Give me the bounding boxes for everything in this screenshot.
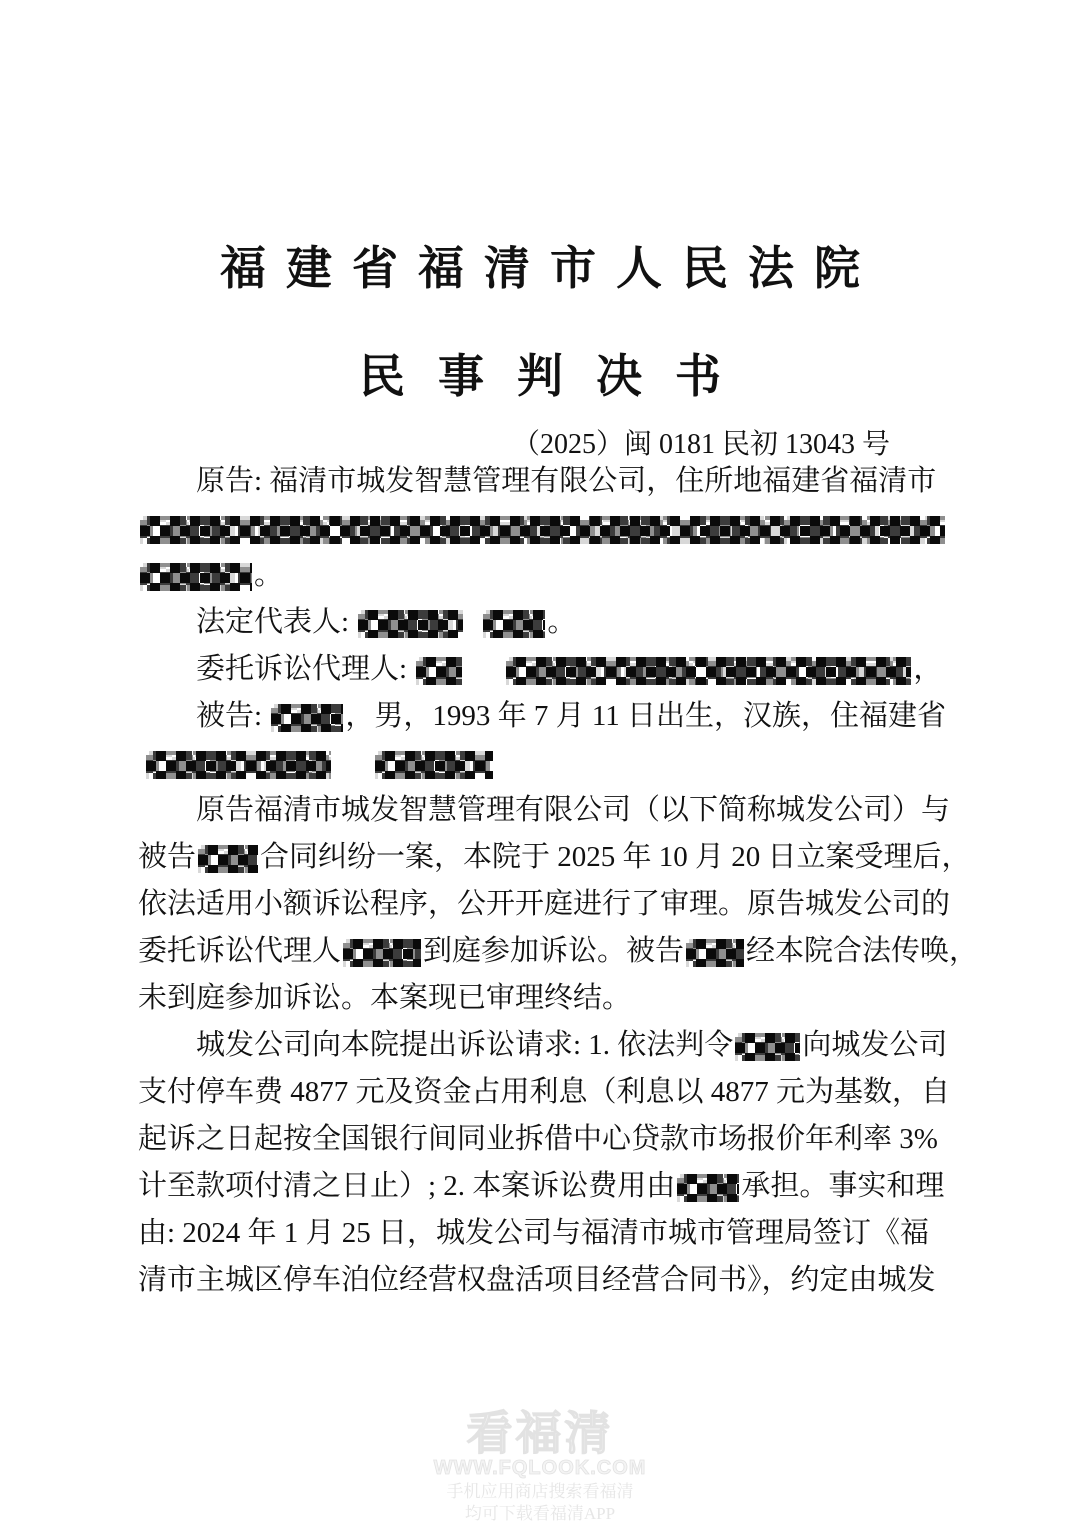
redaction-mosaic: [271, 704, 343, 732]
watermark-line2: 均可下载看福清APP: [0, 1505, 1080, 1523]
text-segment: 被告: [138, 841, 196, 873]
redaction-mosaic: [358, 610, 463, 638]
redaction-mosaic: [677, 1174, 739, 1202]
body-line: 支付停车费 4877 元及资金占用利息（利息以 4877 元为基数，自: [138, 1069, 950, 1116]
text-segment: 原告福清市城发智慧管理有限公司（以下简称城发公司）与: [196, 794, 950, 826]
body-line: 被告合同纠纷一案，本院于 2025 年 10 月 20 日立案受理后，: [138, 834, 950, 881]
redaction-mosaic: [198, 845, 258, 873]
body-line: 起诉之日起按全国银行间同业拆借中心贷款市场报价年利率 3%: [138, 1116, 950, 1163]
text-segment: 由: 2024 年 1 月 25 日，城发公司与福清市城市管理局签订《福: [138, 1217, 929, 1249]
text-segment: 委托诉讼代理人: [138, 935, 341, 967]
document-title: 民事判决书: [0, 340, 1080, 406]
court-name-heading: 福建省福清市人民法院: [0, 232, 1080, 298]
body-line: 依法适用小额诉讼程序，公开开庭进行了审理。原告城发公司的: [138, 881, 950, 928]
text-segment: 经本院合法传唤，: [746, 935, 978, 967]
body-line: 原告福清市城发智慧管理有限公司（以下简称城发公司）与: [138, 787, 950, 834]
text-segment: 委托诉讼代理人:: [196, 653, 414, 685]
body-line: 被告: ，男，1993 年 7 月 11 日出生，汉族，住福建省: [138, 693, 950, 740]
body-line: 。: [138, 552, 950, 599]
judgment-document-page: 福建省福清市人民法院 民事判决书 （2025）闽 0181 民初 13043 号…: [0, 0, 1080, 1528]
watermark-brand: 看福清: [0, 1410, 1080, 1458]
text-segment: 到庭参加诉讼。被告: [423, 935, 684, 967]
redaction-mosaic: [375, 751, 493, 779]
body-line: 法定代表人: 。: [138, 599, 950, 646]
text-segment: 城发公司向本院提出诉讼请求: 1. 依法判令: [196, 1029, 733, 1061]
redaction-mosaic: [140, 563, 252, 591]
text-segment: 合同纠纷一案，本院于 2025 年 10 月 20 日立案受理后，: [260, 841, 971, 873]
body-line: [138, 740, 950, 787]
text-segment: 未到庭参加诉讼。本案现已审理终结。: [138, 982, 631, 1014]
redaction-mosaic: [416, 657, 462, 685]
redaction-mosaic: [686, 939, 744, 967]
redaction-mosaic: [735, 1033, 800, 1061]
text-segment: 支付停车费 4877 元及资金占用利息（利息以 4877 元为基数，自: [138, 1076, 950, 1108]
text-segment: ，: [913, 653, 942, 685]
text-segment: 。: [254, 559, 283, 591]
watermark-line1: 手机应用商店搜索看福清: [0, 1483, 1080, 1501]
text-segment: 被告:: [196, 700, 269, 732]
body-line: 委托诉讼代理人到庭参加诉讼。被告经本院合法传唤，: [138, 928, 950, 975]
text-segment: 依法适用小额诉讼程序，公开开庭进行了审理。原告城发公司的: [138, 888, 950, 920]
text-segment: 承担。事实和理: [741, 1170, 944, 1202]
text-segment: 原告: 福清市城发智慧管理有限公司，住所地福建省福清市: [196, 465, 936, 497]
redaction-mosaic: [506, 657, 911, 685]
body-line: 由: 2024 年 1 月 25 日，城发公司与福清市城市管理局签订《福: [138, 1210, 950, 1257]
text-segment: 。: [547, 606, 576, 638]
redaction-mosaic: [483, 610, 545, 638]
watermark-url: WWW.FQLOOK.COM: [0, 1458, 1080, 1479]
text-segment: 清市主城区停车泊位经营权盘活项目经营合同书》，约定由城发: [138, 1264, 936, 1296]
body-line: 委托诉讼代理人: ，: [138, 646, 950, 693]
text-segment: 计至款项付清之日止）; 2. 本案诉讼费用由: [138, 1170, 675, 1202]
watermark: 看福清 WWW.FQLOOK.COM 手机应用商店搜索看福清 均可下载看福清AP…: [0, 1410, 1080, 1523]
body-line: 未到庭参加诉讼。本案现已审理终结。: [138, 975, 950, 1022]
redaction-mosaic: [343, 939, 421, 967]
body-line: 原告: 福清市城发智慧管理有限公司，住所地福建省福清市: [138, 458, 950, 505]
text-segment: 起诉之日起按全国银行间同业拆借中心贷款市场报价年利率 3%: [138, 1123, 938, 1155]
text-segment: 法定代表人:: [196, 606, 356, 638]
text-segment: 向城发公司: [802, 1029, 947, 1061]
body-line: [138, 505, 950, 552]
body-line: 城发公司向本院提出诉讼请求: 1. 依法判令向城发公司: [138, 1022, 950, 1069]
text-segment: ，男，1993 年 7 月 11 日出生，汉族，住福建省: [345, 700, 946, 732]
document-body: 原告: 福清市城发智慧管理有限公司，住所地福建省福清市。法定代表人: 。委托诉讼…: [138, 458, 950, 1304]
redaction-mosaic: [140, 516, 945, 544]
redaction-mosaic: [146, 751, 331, 779]
body-line: 清市主城区停车泊位经营权盘活项目经营合同书》，约定由城发: [138, 1257, 950, 1304]
case-number: （2025）闽 0181 民初 13043 号: [512, 422, 890, 462]
body-line: 计至款项付清之日止）; 2. 本案诉讼费用由承担。事实和理: [138, 1163, 950, 1210]
